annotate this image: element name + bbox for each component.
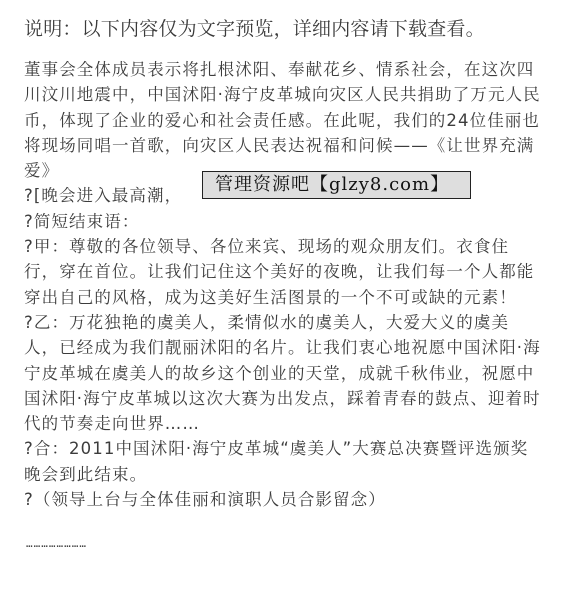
paragraph-together: ?合：2011中国沭阳·海宁皮革城“虞美人”大赛总决赛暨评选颁奖晚会到此结束。 bbox=[24, 436, 544, 487]
paragraph-donation: 董事会全体成员表示将扎根沭阳、奉献花乡、情系社会，在这次四川汶川地震中，中国沭阳… bbox=[24, 57, 544, 183]
document-body: 董事会全体成员表示将扎根沭阳、奉献花乡、情系社会，在这次四川汶川地震中，中国沭阳… bbox=[24, 57, 544, 512]
preview-notice: 说明：以下内容仅为文字预览，详细内容请下载查看。 bbox=[24, 16, 485, 42]
paragraph-group-photo: ?（领导上台与全体佳丽和演职人员合影留念） bbox=[24, 487, 544, 512]
paragraph-host-a: ?甲：尊敬的各位领导、各位来宾、现场的观众朋友们。衣食住行，穿在首位。让我们记住… bbox=[24, 234, 544, 310]
paragraph-closing-heading: ?简短结束语： bbox=[24, 209, 544, 234]
paragraph-host-b: ?乙：万花独艳的虞美人，柔情似水的虞美人，大爱大义的虞美人，已经成为我们靓丽沭阳… bbox=[24, 310, 544, 436]
watermark-banner: 管理资源吧【glzy8.com】 bbox=[202, 171, 471, 199]
trailing-dots: …………………… bbox=[26, 538, 87, 550]
